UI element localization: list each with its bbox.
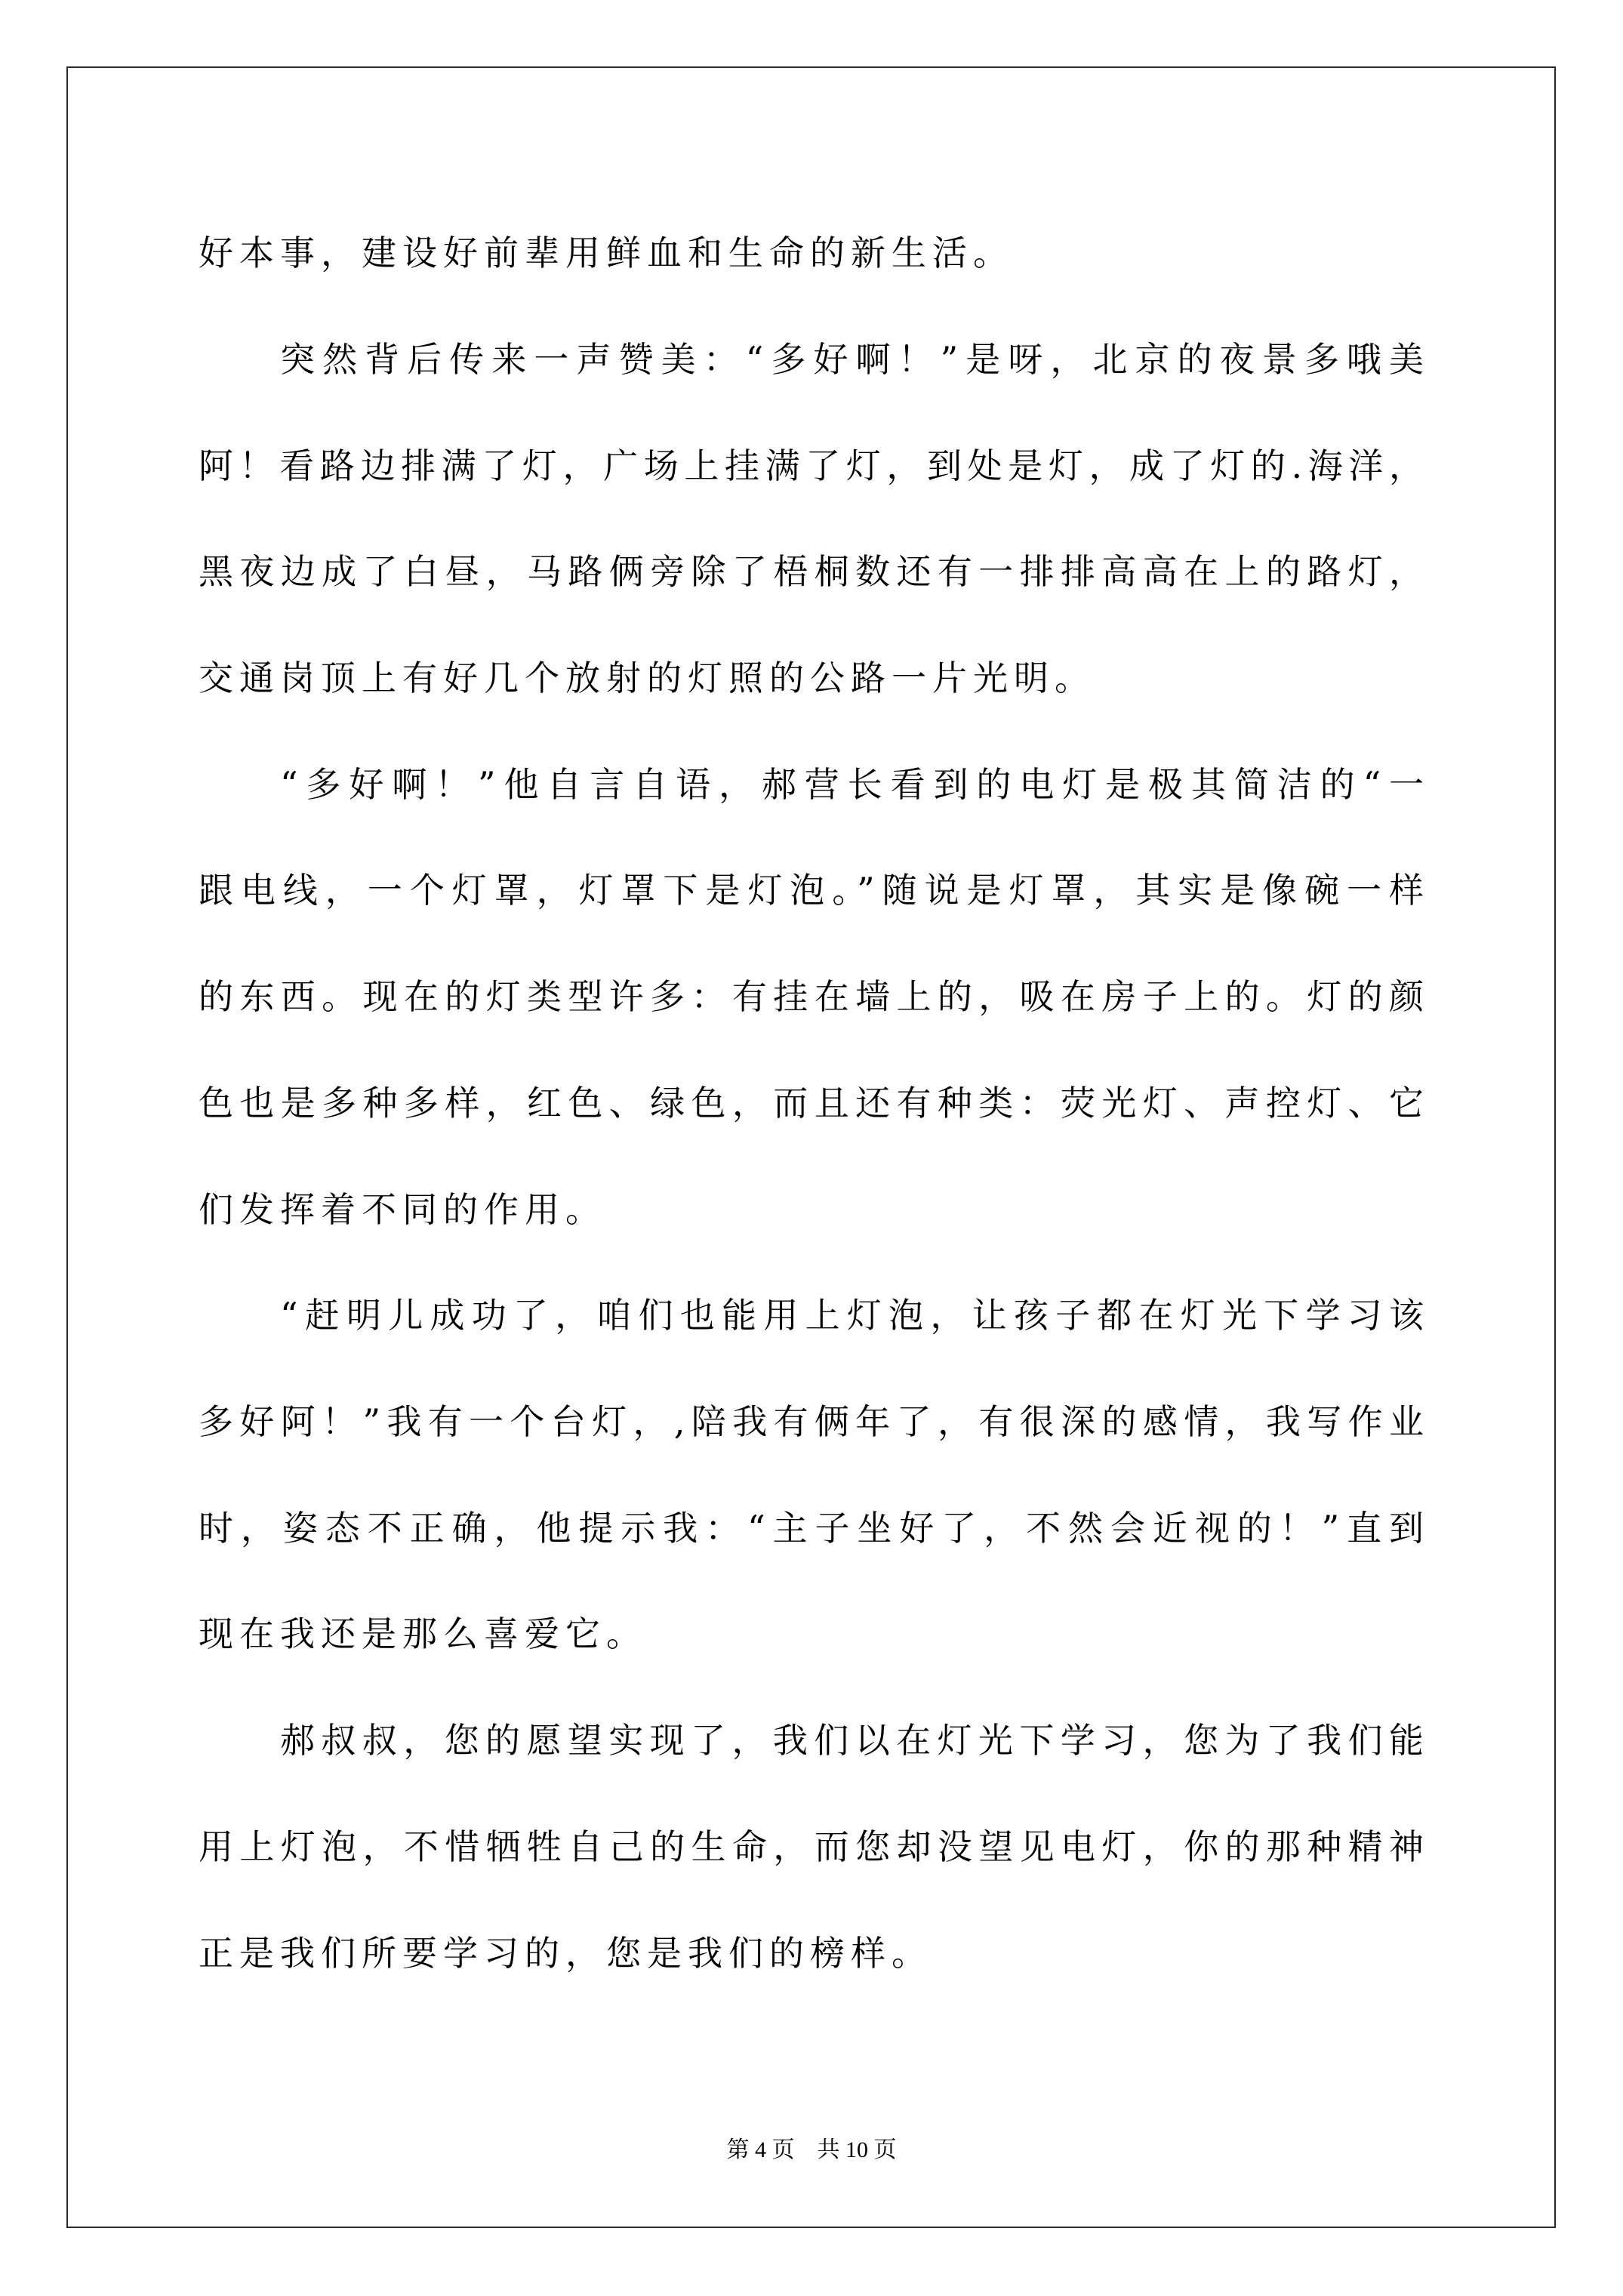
text-line: 跟电线，一个灯罩，灯罩下是灯泡。”随说是灯罩，其实是像碗一样 [199,868,1424,913]
page-border [66,66,1556,2228]
text-line: 们发挥着不同的作用。 [199,1187,1424,1232]
text-line: 郝叔叔，您的愿望实现了，我们以在灯光下学习，您为了我们能 [280,1718,1424,1763]
text-line: 多好阿！”我有一个台灯，,陪我有俩年了，有很深的感情，我写作业 [199,1399,1424,1444]
text-line: 黑夜边成了白昼，马路俩旁除了梧桐数还有一排排高高在上的路灯， [199,549,1424,594]
text-line: 色也是多种多样，红色、绿色，而且还有种类：荧光灯、声控灯、它 [199,1080,1424,1126]
text-line: 阿！看路边排满了灯，广场上挂满了灯，到处是灯，成了灯的.海洋， [199,443,1424,488]
text-line: 好本事，建设好前辈用鲜血和生命的新生活。 [199,230,1424,276]
text-line: 时，姿态不正确，他提示我：“主子坐好了，不然会近视的！”直到 [199,1505,1424,1551]
text-line: “多好啊！”他自言自语，郝营长看到的电灯是极其简洁的“一 [280,762,1424,807]
text-line: 交通岗顶上有好几个放射的灯照的公路一片光明。 [199,655,1424,701]
text-line: 的东西。现在的灯类型许多：有挂在墙上的，吸在房子上的。灯的颜 [199,974,1424,1019]
text-line: 正是我们所要学习的，您是我们的榜样。 [199,1931,1424,1976]
page-number-footer: 第 4 页 共 10 页 [0,2131,1623,2164]
text-line: 突然背后传来一声赞美：“多好啊！”是呀，北京的夜景多哦美 [280,337,1424,382]
text-line: “赶明儿成功了，咱们也能用上灯泡，让孩子都在灯光下学习该 [280,1293,1424,1338]
text-line: 用上灯泡，不惜牺牲自己的生命，而您却没望见电灯，你的那种精神 [199,1824,1424,1869]
text-line: 现在我还是那么喜爱它。 [199,1611,1424,1657]
